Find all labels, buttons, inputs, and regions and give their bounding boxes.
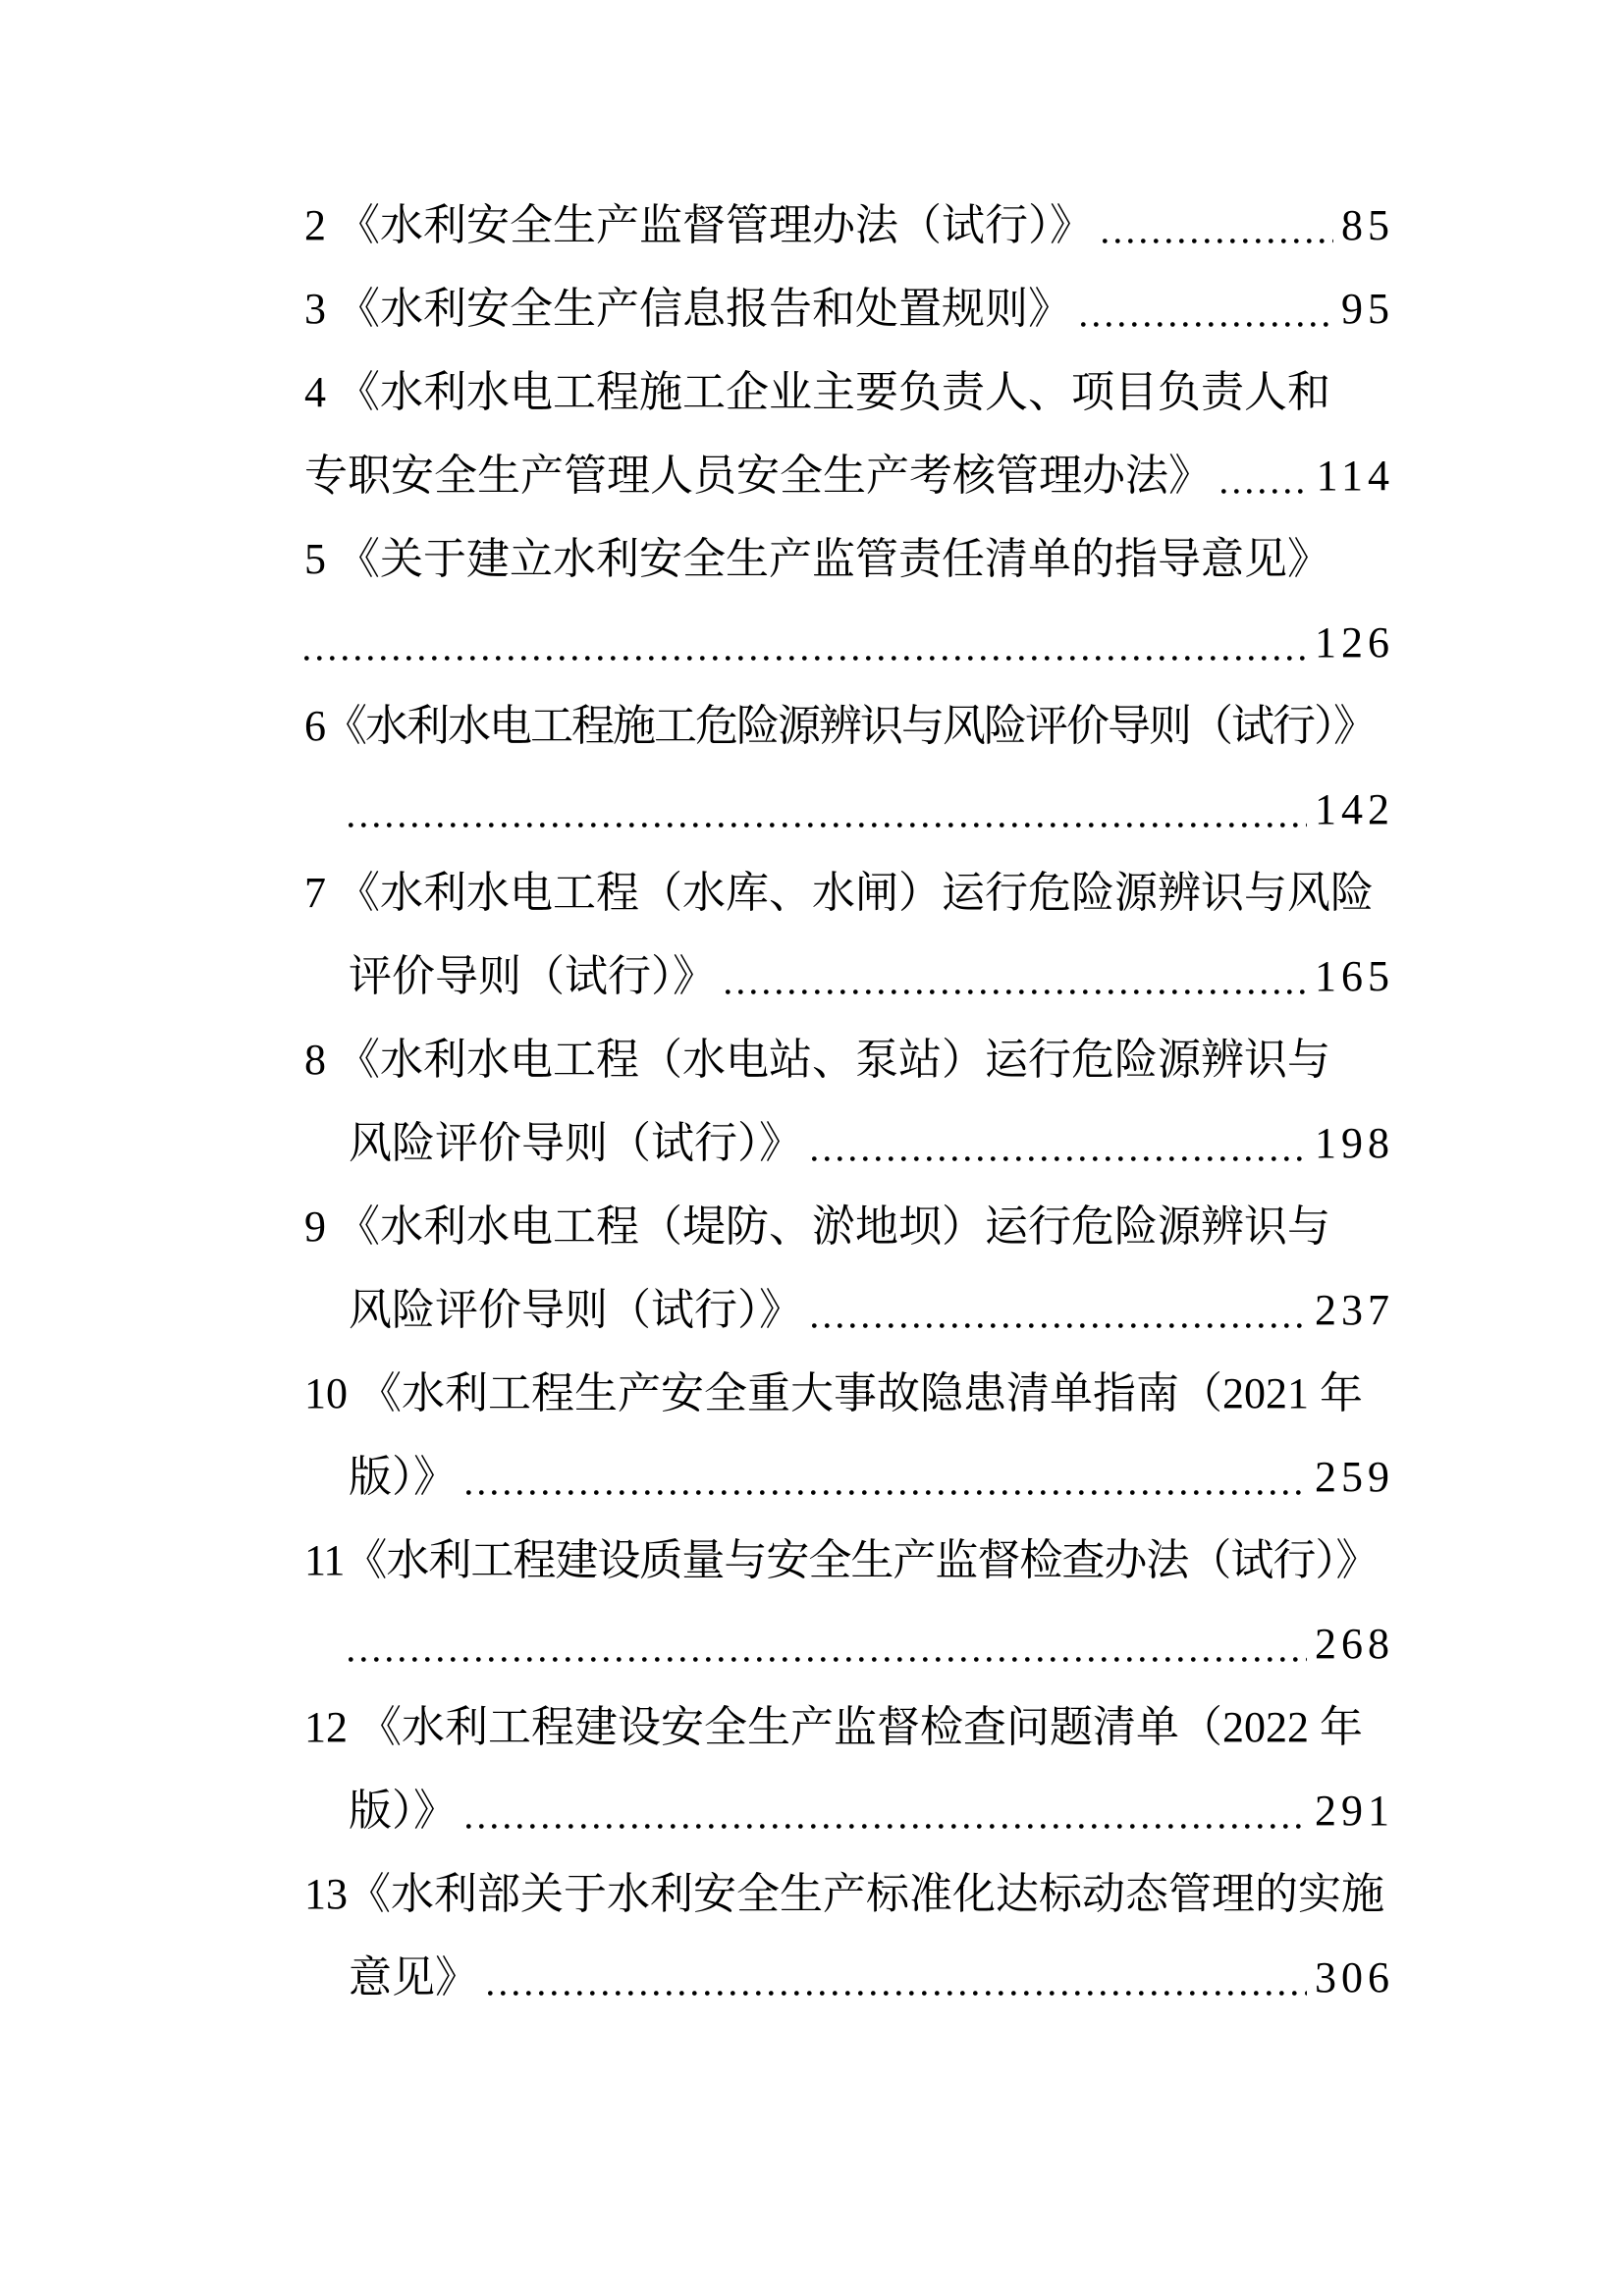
toc-line: 版）》 291 bbox=[304, 1769, 1389, 1852]
table-of-contents: 2 《水利安全生产监督管理办法（试行）》 85 3 《水利安全生产信息报告和处置… bbox=[304, 184, 1389, 2019]
page-number: 306 bbox=[1315, 1936, 1394, 2019]
toc-entry-text: 8 《水利水电工程（水电站、泵站）运行危险源辨识与 bbox=[304, 1018, 1330, 1101]
toc-line: 10 《水利工程生产安全重大事故隐患清单指南（2021 年 bbox=[304, 1352, 1389, 1435]
toc-entry-text: 版）》 bbox=[349, 1769, 457, 1852]
dot-leader bbox=[349, 1602, 1307, 1685]
toc-line: 5 《关于建立水利安全生产监管责任清单的指导意见》 bbox=[304, 517, 1389, 601]
toc-line: 7 《水利水电工程（水库、水闸）运行危险源辨识与风险 bbox=[304, 851, 1389, 934]
dot-leader bbox=[466, 1435, 1307, 1519]
page-number: 85 bbox=[1341, 184, 1394, 267]
dot-leader bbox=[1103, 184, 1333, 267]
page-number: 114 bbox=[1317, 434, 1394, 517]
toc-entry-text: 6《水利水电工程施工危险源辨识与风险评价导则（试行）》 bbox=[304, 684, 1375, 768]
page-number: 165 bbox=[1315, 934, 1394, 1018]
dot-leader bbox=[726, 934, 1307, 1018]
page-number: 198 bbox=[1315, 1101, 1394, 1185]
page-number: 268 bbox=[1315, 1602, 1394, 1685]
dot-leader bbox=[812, 1101, 1307, 1185]
toc-line: 126 bbox=[304, 601, 1389, 684]
dot-leader bbox=[488, 1936, 1307, 2019]
dot-leader bbox=[812, 1268, 1307, 1352]
toc-line: 8 《水利水电工程（水电站、泵站）运行危险源辨识与 bbox=[304, 1018, 1389, 1101]
toc-entry-text: 评价导则（试行）》 bbox=[349, 934, 716, 1018]
toc-entry-text: 版）》 bbox=[349, 1435, 457, 1519]
page-number: 95 bbox=[1341, 267, 1394, 350]
dot-leader bbox=[1221, 434, 1309, 517]
toc-entry-text: 3 《水利安全生产信息报告和处置规则》 bbox=[304, 267, 1071, 350]
page-number: 126 bbox=[1315, 601, 1394, 684]
toc-line: 12 《水利工程建设安全生产监督检查问题清单（2022 年 bbox=[304, 1685, 1389, 1769]
toc-line: 2 《水利安全生产监督管理办法（试行）》 85 bbox=[304, 184, 1389, 267]
toc-entry-text: 4 《水利水电工程施工企业主要负责人、项目负责人和 bbox=[304, 350, 1330, 434]
dot-leader bbox=[349, 768, 1307, 851]
toc-line: 版）》 259 bbox=[304, 1435, 1389, 1519]
dot-leader bbox=[1081, 267, 1333, 350]
dot-leader bbox=[466, 1769, 1307, 1852]
toc-line: 268 bbox=[304, 1602, 1389, 1685]
toc-line: 11《水利工程建设质量与安全生产监督检查办法（试行）》 bbox=[304, 1519, 1389, 1602]
toc-entry-text: 7 《水利水电工程（水库、水闸）运行危险源辨识与风险 bbox=[304, 851, 1374, 934]
toc-entry-text: 12 《水利工程建设安全生产监督检查问题清单（2022 年 bbox=[304, 1685, 1363, 1769]
page-number: 291 bbox=[1315, 1769, 1394, 1852]
toc-line: 9 《水利水电工程（堤防、淤地坝）运行危险源辨识与 bbox=[304, 1185, 1389, 1268]
toc-line: 专职安全生产管理人员安全生产考核管理办法》 114 bbox=[304, 434, 1389, 517]
toc-line: 风险评价导则（试行）》 237 bbox=[304, 1268, 1389, 1352]
toc-entry-text: 13《水利部关于水利安全生产标准化达标动态管理的实施 bbox=[304, 1852, 1384, 1936]
toc-entry-text: 11《水利工程建设质量与安全生产监督检查办法（试行）》 bbox=[304, 1519, 1378, 1602]
document-page: 2 《水利安全生产监督管理办法（试行）》 85 3 《水利安全生产信息报告和处置… bbox=[0, 0, 1624, 2296]
toc-line: 6《水利水电工程施工危险源辨识与风险评价导则（试行）》 bbox=[304, 684, 1389, 768]
page-number: 259 bbox=[1315, 1435, 1394, 1519]
toc-line: 3 《水利安全生产信息报告和处置规则》 95 bbox=[304, 267, 1389, 350]
toc-entry-text: 10 《水利工程生产安全重大事故隐患清单指南（2021 年 bbox=[304, 1352, 1363, 1435]
toc-line: 风险评价导则（试行）》 198 bbox=[304, 1101, 1389, 1185]
dot-leader bbox=[304, 601, 1307, 684]
toc-entry-text: 意见》 bbox=[349, 1936, 478, 2019]
toc-line: 4 《水利水电工程施工企业主要负责人、项目负责人和 bbox=[304, 350, 1389, 434]
toc-entry-text: 2 《水利安全生产监督管理办法（试行）》 bbox=[304, 184, 1093, 267]
toc-entry-text: 风险评价导则（试行）》 bbox=[349, 1268, 802, 1352]
toc-line: 142 bbox=[304, 768, 1389, 851]
toc-entry-text: 5 《关于建立水利安全生产监管责任清单的指导意见》 bbox=[304, 517, 1330, 601]
toc-entry-text: 9 《水利水电工程（堤防、淤地坝）运行危险源辨识与 bbox=[304, 1185, 1330, 1268]
toc-line: 13《水利部关于水利安全生产标准化达标动态管理的实施 bbox=[304, 1852, 1389, 1936]
toc-line: 意见》 306 bbox=[304, 1936, 1389, 2019]
page-number: 142 bbox=[1315, 768, 1394, 851]
toc-entry-text: 专职安全生产管理人员安全生产考核管理办法》 bbox=[304, 434, 1212, 517]
toc-line: 评价导则（试行）》 165 bbox=[304, 934, 1389, 1018]
toc-entry-text: 风险评价导则（试行）》 bbox=[349, 1101, 802, 1185]
page-number: 237 bbox=[1315, 1268, 1394, 1352]
